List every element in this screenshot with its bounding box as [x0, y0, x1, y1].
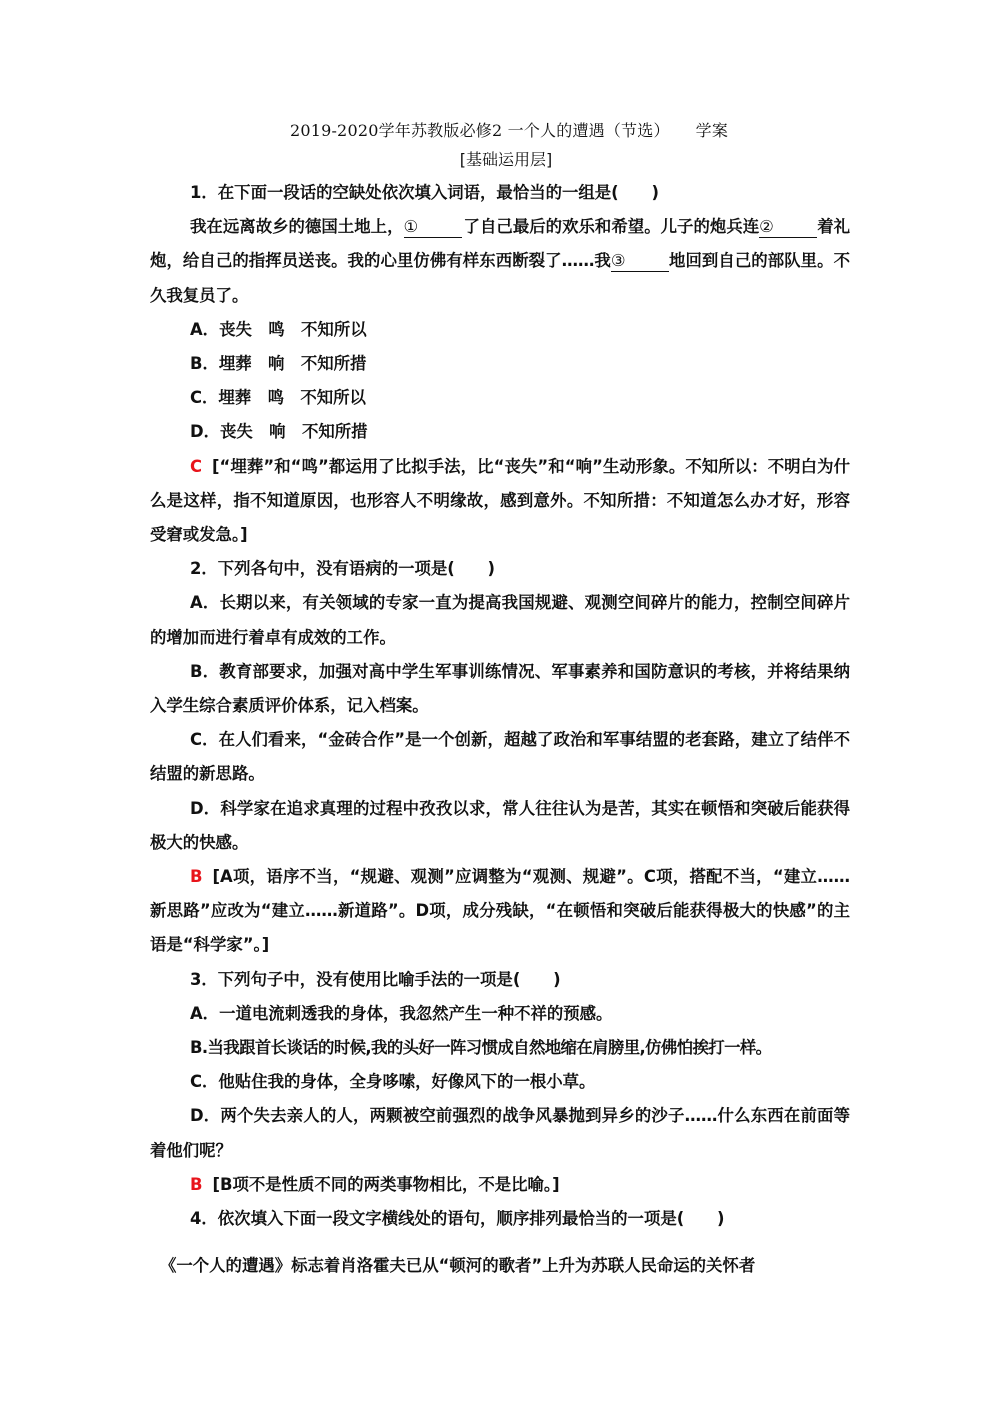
explanation-text: [A项，语序不当，“规避、观测”应调整为“观测、规避”。C项，搭配不当，“建立…… — [150, 867, 850, 954]
option-b: B.当我跟首长谈话的时候,我的头好一阵习惯成自然地缩在肩膀里,仿佛怕挨打一样。 — [150, 1031, 850, 1065]
answer-explanation: B[A项，语序不当，“规避、观测”应调整为“观测、规避”。C项，搭配不当，“建立… — [150, 860, 850, 963]
question-2: 2．下列各句中，没有语病的一项是( ) A．长期以来，有关领域的专家一直为提高我… — [150, 552, 850, 962]
option-d: D．丧失 响 不知所措 — [150, 415, 850, 449]
document-page: 2019-2020学年苏教版必修2 一个人的遭遇（节选）学案 [基础运用层] 1… — [150, 118, 850, 1236]
fill-blank-3: ③ — [611, 251, 669, 272]
option-c: C．在人们看来，“金砖合作”是一个创新，超越了政治和军事结盟的老套路，建立了结伴… — [150, 723, 850, 791]
question-stem: 4．依次填入下面一段文字横线处的语句，顺序排列最恰当的一项是( ) — [150, 1202, 850, 1236]
question-passage: 我在远离故乡的德国土地上，①了自己最后的欢乐和希望。儿子的炮兵连②着礼炮，给自己… — [150, 210, 850, 313]
option-a: A．长期以来，有关领域的专家一直为提高我国规避、观测空间碎片的能力，控制空间碎片… — [150, 586, 850, 654]
question-3: 3．下列句子中，没有使用比喻手法的一项是( ) A．一道电流刺透我的身体，我忽然… — [150, 963, 850, 1202]
title-main: 2019-2020学年苏教版必修2 一个人的遭遇（节选） — [290, 121, 670, 140]
question-4: 4．依次填入下面一段文字横线处的语句，顺序排列最恰当的一项是( ) — [150, 1202, 850, 1236]
document-title: 2019-2020学年苏教版必修2 一个人的遭遇（节选）学案 — [150, 118, 850, 144]
fill-blank-1: ① — [404, 217, 462, 238]
explanation-text: [B项不是性质不同的两类事物相比，不是比喻。] — [213, 1175, 560, 1194]
option-c: C．他贴住我的身体，全身哆嗦，好像风下的一根小草。 — [150, 1065, 850, 1099]
question-stem: 2．下列各句中，没有语病的一项是( ) — [150, 552, 850, 586]
option-a: A．一道电流刺透我的身体，我忽然产生一种不祥的预感。 — [150, 997, 850, 1031]
answer-letter: C — [190, 457, 202, 476]
option-d: D．两个失去亲人的人，两颗被空前强烈的战争风暴抛到异乡的沙子……什么东西在前面等… — [150, 1099, 850, 1167]
option-d: D．科学家在追求真理的过程中孜孜以求，常人往往认为是苦，其实在顿悟和突破后能获得… — [150, 792, 850, 860]
answer-letter: B — [190, 1175, 203, 1194]
section-heading: [基础运用层] — [150, 146, 850, 174]
question-4-passage-start: 《一个人的遭遇》标志着肖洛霍夫已从“顿河的歌者”上升为苏联人民命运的关怀者 — [160, 1254, 755, 1278]
answer-explanation: C[“埋葬”和“鸣”都运用了比拟手法，比“丧失”和“响”生动形象。不知所以：不明… — [150, 450, 850, 553]
question-stem: 1．在下面一段话的空缺处依次填入词语，最恰当的一组是( ) — [150, 176, 850, 210]
question-stem: 3．下列句子中，没有使用比喻手法的一项是( ) — [150, 963, 850, 997]
answer-explanation: B[B项不是性质不同的两类事物相比，不是比喻。] — [150, 1168, 850, 1202]
answer-letter: B — [190, 867, 203, 886]
option-b: B．埋葬 响 不知所措 — [150, 347, 850, 381]
fill-blank-2: ② — [759, 217, 817, 238]
option-a: A．丧失 鸣 不知所以 — [150, 313, 850, 347]
option-b: B．教育部要求，加强对高中学生军事训练情况、军事素养和国防意识的考核，并将结果纳… — [150, 655, 850, 723]
explanation-text: [“埋葬”和“鸣”都运用了比拟手法，比“丧失”和“响”生动形象。不知所以：不明白… — [150, 457, 850, 544]
title-suffix: 学案 — [696, 121, 728, 140]
question-1: 1．在下面一段话的空缺处依次填入词语，最恰当的一组是( ) 我在远离故乡的德国土… — [150, 176, 850, 552]
option-c: C．埋葬 鸣 不知所以 — [150, 381, 850, 415]
